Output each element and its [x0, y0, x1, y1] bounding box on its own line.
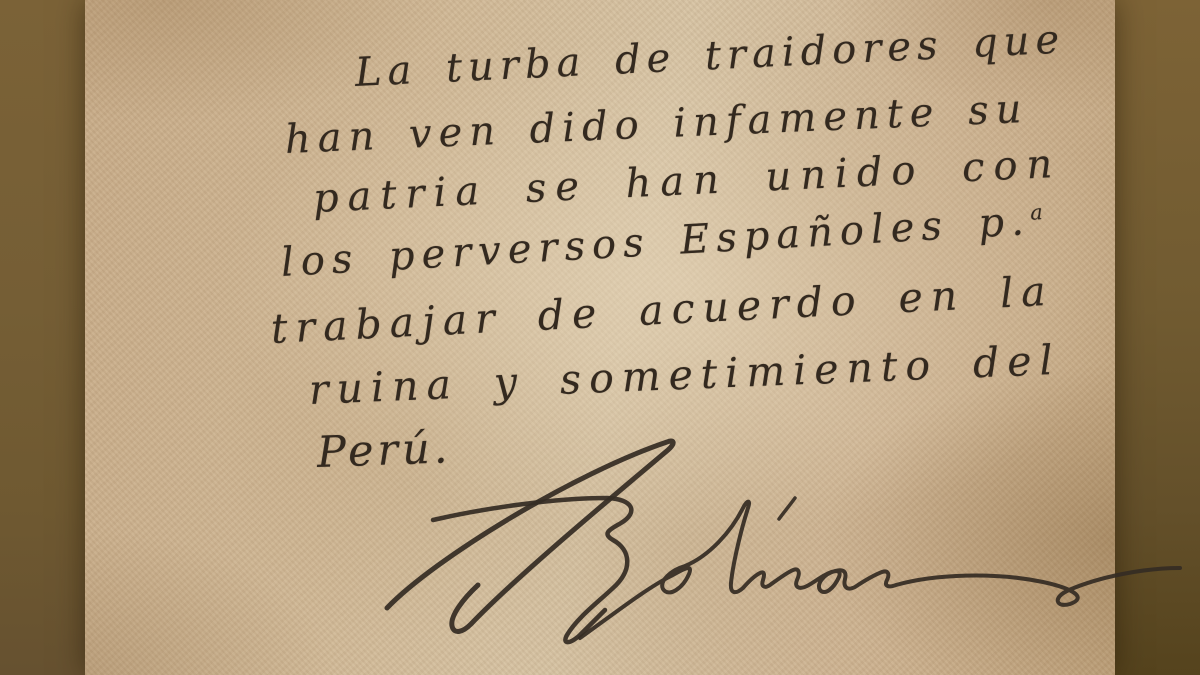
line-4-superscript: a — [1030, 200, 1045, 225]
signature-olivar — [580, 502, 1180, 638]
manuscript-photo: La turba de traidores que han ven dido i… — [0, 0, 1200, 675]
parchment-sheet: La turba de traidores que han ven dido i… — [85, 0, 1115, 675]
bolivar-signature: Bolívar — [375, 423, 1195, 663]
manuscript-line-1: La turba de traidores que — [354, 17, 1066, 96]
manuscript-line-6: ruina y sometimiento del — [308, 336, 1061, 414]
line-1-text: La turba de traidores que — [354, 17, 1066, 96]
line-6-text: ruina y sometimiento del — [308, 336, 1061, 414]
backdrop-left-bar — [0, 0, 86, 675]
signature-i-accent — [779, 498, 795, 519]
